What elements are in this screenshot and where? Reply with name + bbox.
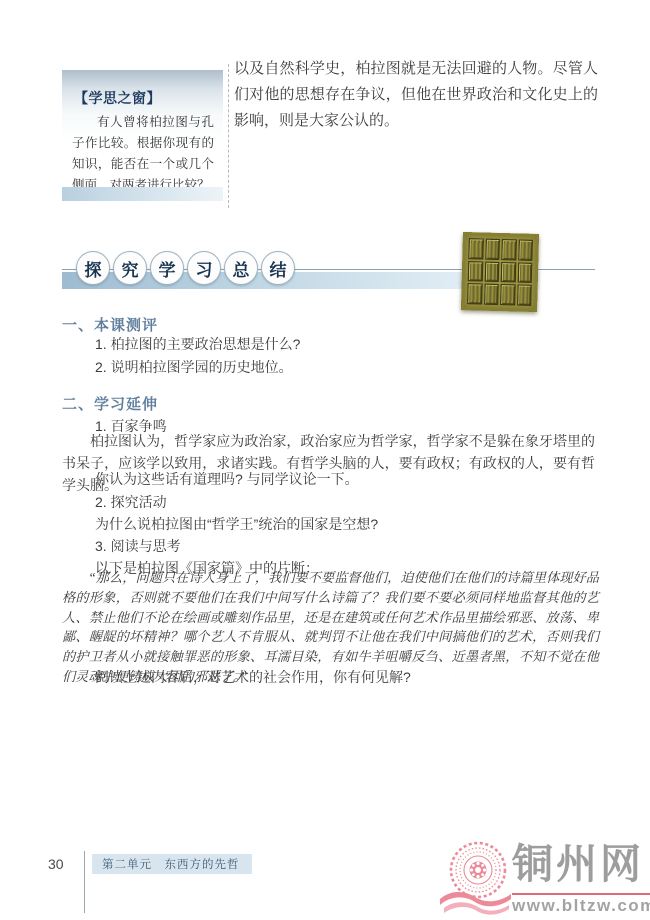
learning-window-title: 【学思之窗】 — [74, 88, 161, 108]
unit-label: 第二单元 东西方的先哲 — [102, 856, 240, 872]
extension-activity1-question: 你认为这些话有道理吗? 与同学议论一下。 — [95, 469, 359, 489]
extension-activity2-question: 为什么说柏拉图由“哲学王”统治的国家是空想? — [95, 514, 378, 534]
tongzhou-wheel-logo-icon — [438, 836, 514, 918]
extension-activity2-title: 2. 探究活动 — [95, 492, 167, 512]
seal-glyph-grid — [467, 238, 533, 306]
assessment-item-2: 2. 说明柏拉图学园的历史地位。 — [95, 357, 293, 377]
page-number: 30 — [48, 856, 64, 872]
banner-char-circle: 习 — [187, 251, 221, 285]
banner-char-circle: 结 — [261, 251, 295, 285]
site-watermark: 铜州网 www.bltzw.com — [438, 836, 650, 918]
extension-activity3-title: 3. 阅读与思考 — [95, 536, 181, 556]
extension-activity3-question: 阅读上述内容后，对艺术的社会作用，你有何见解? — [95, 667, 411, 687]
banner-char-circle: 究 — [113, 251, 147, 285]
banner-char-circle: 探 — [76, 251, 110, 285]
watermark-site-url: www.bltzw.com — [512, 896, 650, 916]
intro-paragraph: 以及自然科学史，柏拉图就是无法回避的人物。尽管人们对他的思想存在争议，但他在世界… — [234, 56, 598, 134]
bronze-seal-stamp-icon — [461, 232, 539, 312]
textbook-page: 【学思之窗】 有人曾将柏拉图与孔子作比较。根据你现有的知识，能否在一个或几个侧面… — [0, 0, 650, 920]
learning-window-body: 有人曾将柏拉图与孔子作比较。根据你现有的知识，能否在一个或几个侧面，对两者进行比… — [72, 112, 214, 196]
banner-char-circle: 总 — [224, 251, 258, 285]
extension-heading: 二、学习延伸 — [62, 393, 158, 414]
watermark-red-underline — [512, 893, 650, 895]
learning-window-box: 【学思之窗】 有人曾将柏拉图与孔子作比较。根据你现有的知识，能否在一个或几个侧面… — [62, 70, 223, 201]
banner-title-circles: 探 究 学 习 总 结 — [76, 251, 295, 285]
banner-char-circle: 学 — [150, 251, 184, 285]
box-bottom-band — [62, 187, 223, 201]
unit-band: 第二单元 东西方的先哲 — [92, 854, 252, 874]
column-divider-dashed — [228, 64, 229, 208]
assessment-heading: 一、本课测评 — [62, 314, 158, 335]
assessment-item-1: 1. 柏拉图的主要政治思想是什么? — [95, 334, 300, 354]
watermark-site-name: 铜州网 — [512, 838, 644, 890]
footer-divider-line — [84, 851, 85, 913]
